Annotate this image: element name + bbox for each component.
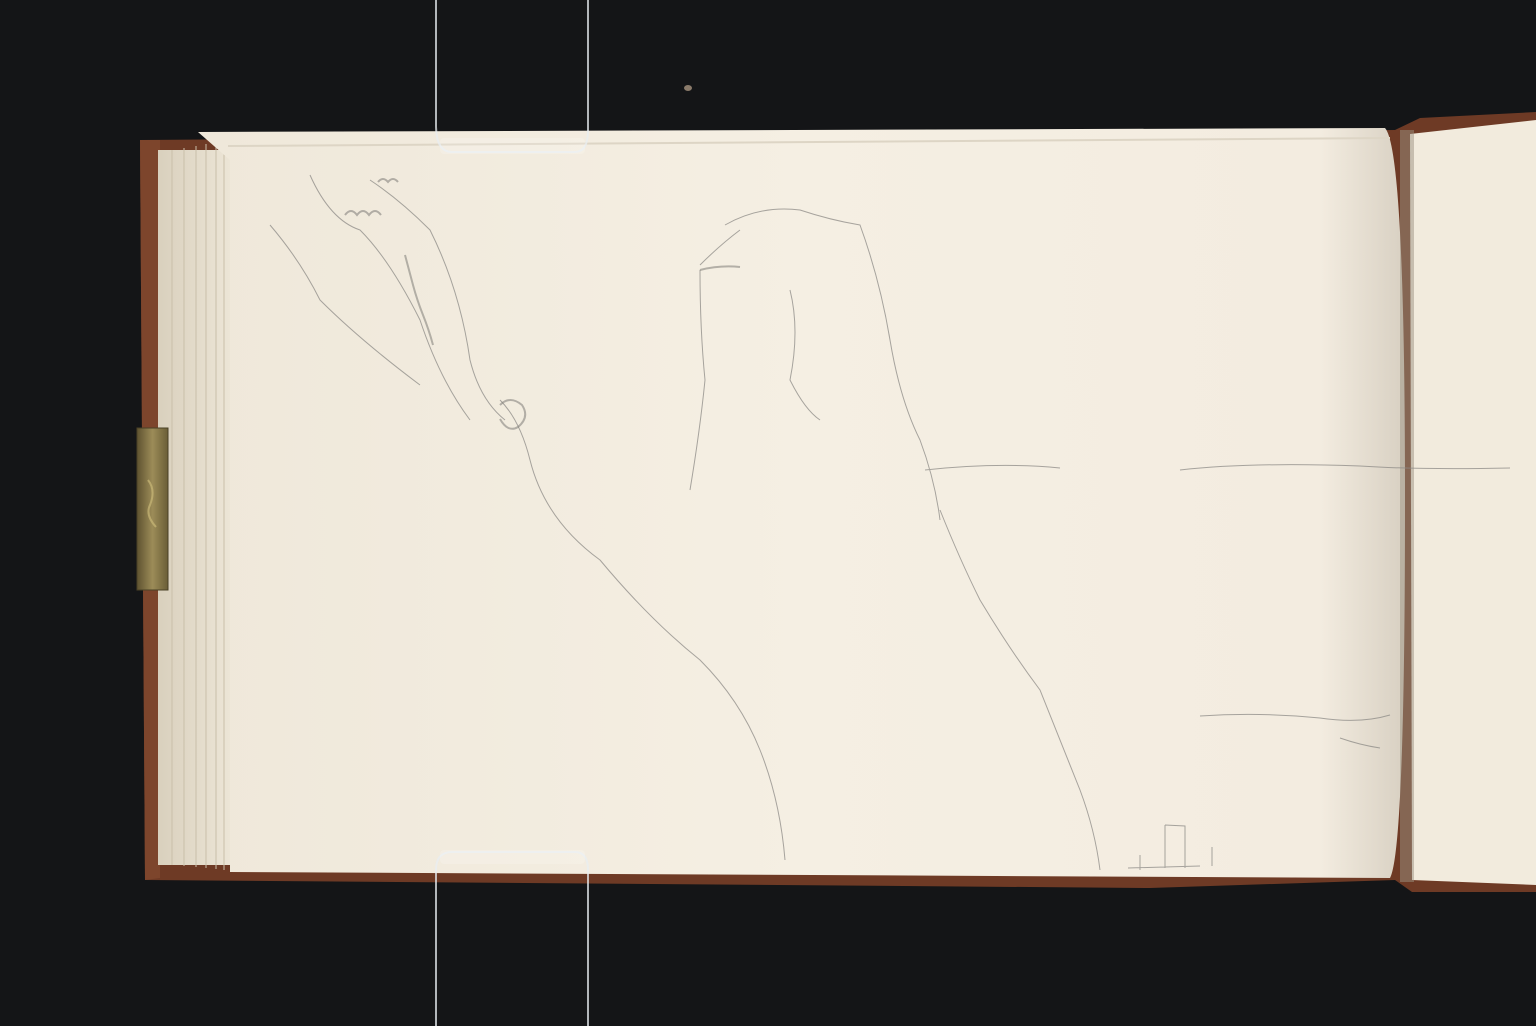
sketch-page bbox=[198, 128, 1405, 878]
debris-speck bbox=[684, 85, 692, 91]
facing-page bbox=[1410, 120, 1536, 885]
photo-stage: Open sketchbook with pencil landscape sk… bbox=[0, 0, 1536, 1026]
brass-clasp bbox=[137, 428, 168, 590]
page-stack bbox=[158, 141, 230, 870]
sketchbook-photo bbox=[0, 0, 1536, 1026]
